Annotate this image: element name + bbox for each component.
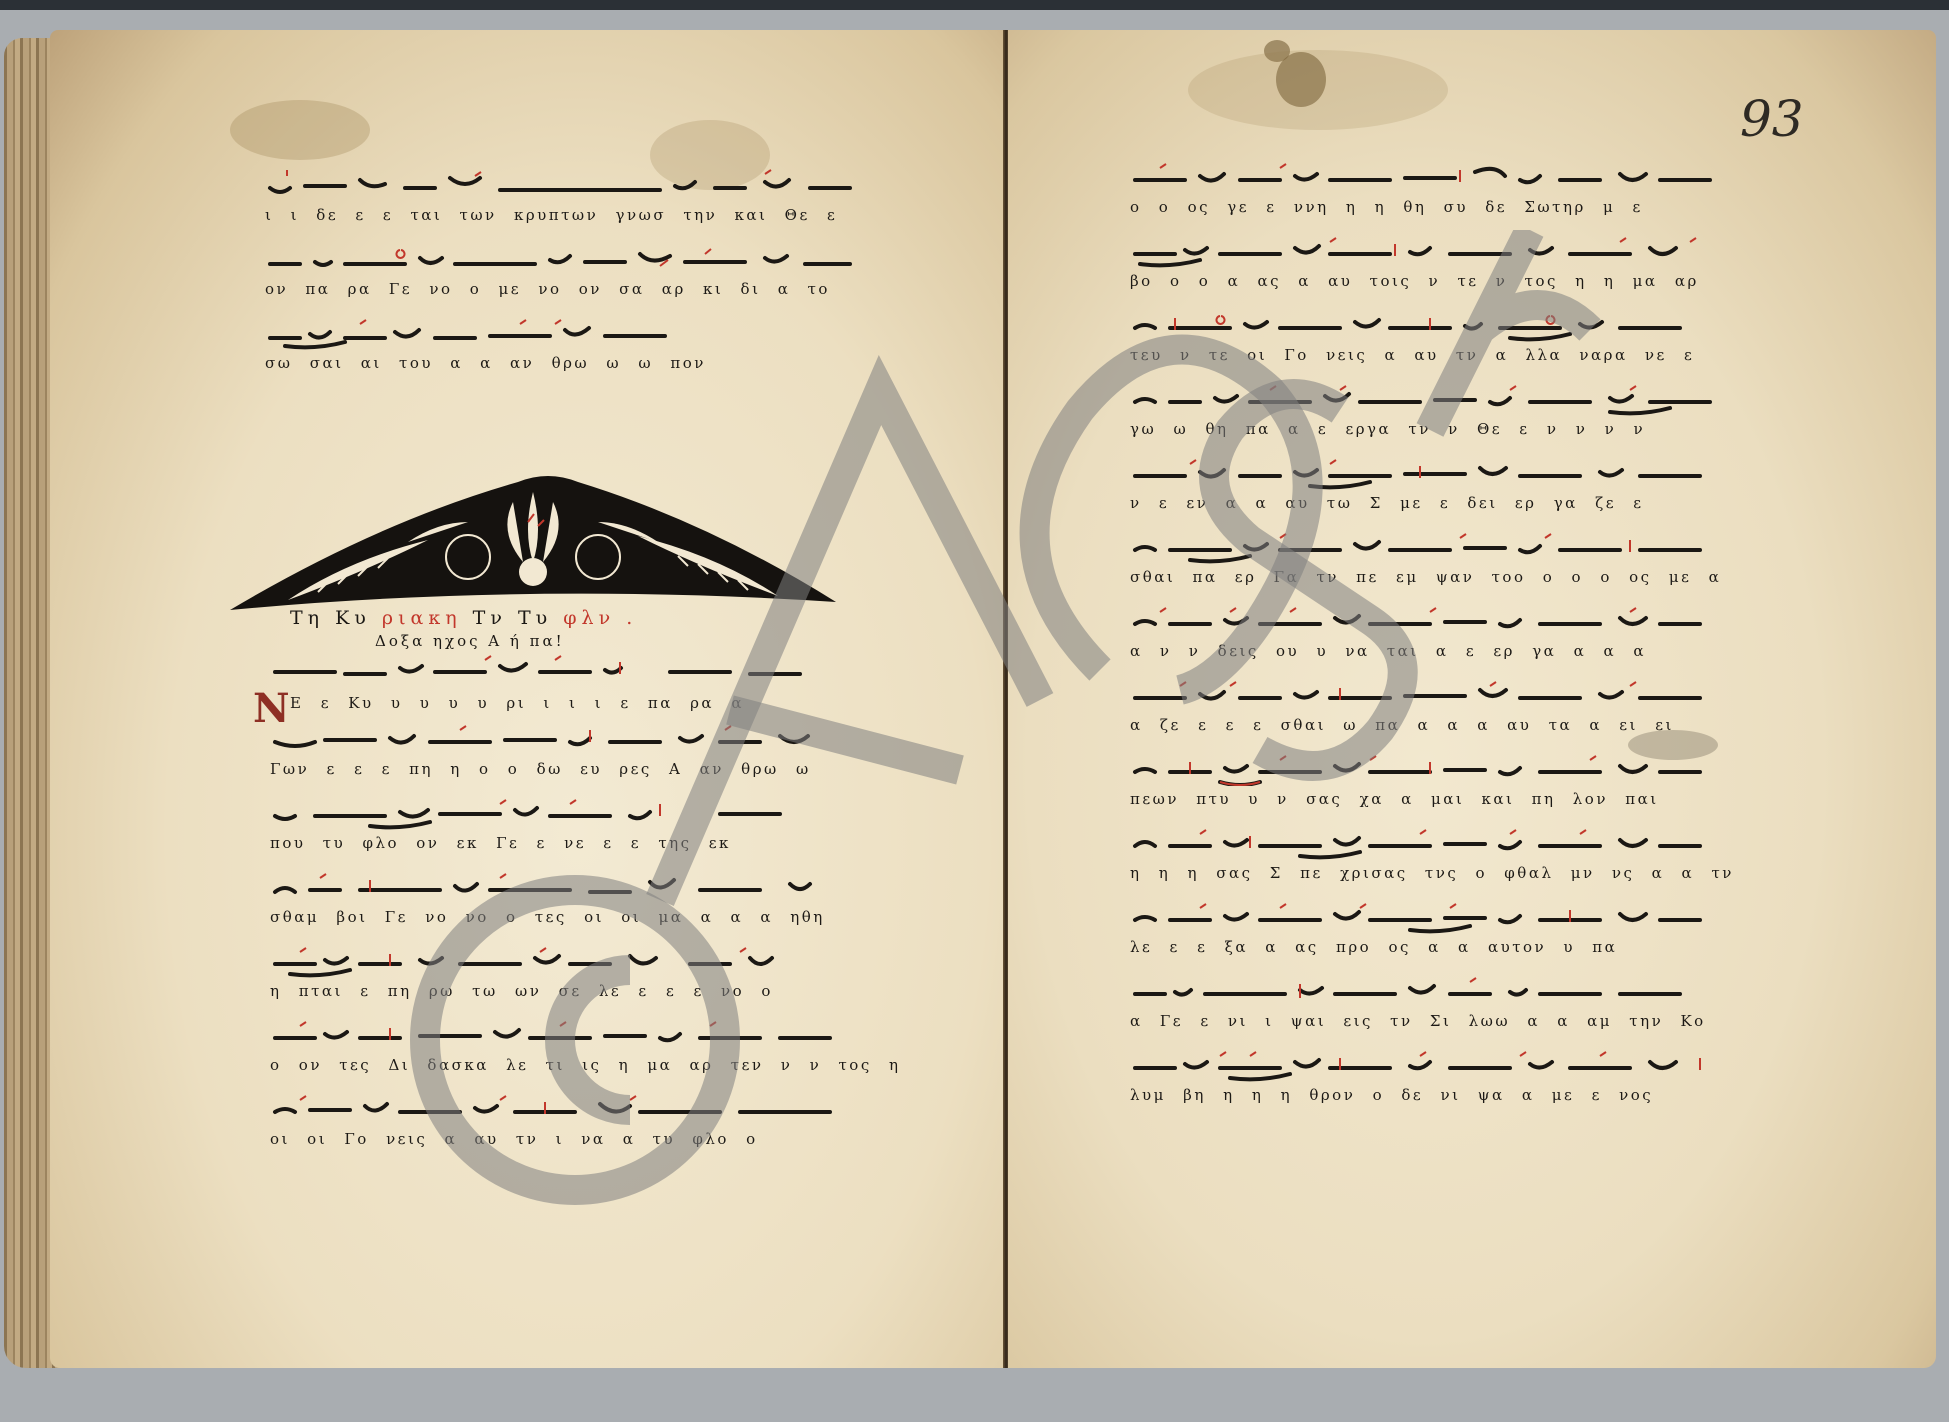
neume-line bbox=[270, 1092, 850, 1126]
neume-line bbox=[270, 652, 850, 686]
neume-line bbox=[1130, 160, 1720, 194]
neume-line bbox=[270, 870, 850, 904]
neume-line bbox=[1130, 382, 1720, 416]
title-dot: . bbox=[626, 607, 637, 629]
open-book: 93 ι ι δε ε ε ται των κρυπτων γνωσ την κ… bbox=[0, 0, 1949, 1422]
neume-line bbox=[1130, 604, 1720, 638]
left-body-music-block-2: Γων ε ε ε πη η ο ο δω ευ ρες Α αν θρω ω … bbox=[270, 722, 850, 1166]
water-stain bbox=[230, 100, 370, 160]
lyric-line: ον πα ρα Γε νο ο με νο ον σα αρ κι δι α … bbox=[265, 276, 865, 316]
title-word: Τν bbox=[473, 607, 507, 629]
neume-line bbox=[1130, 678, 1720, 712]
neume-line bbox=[270, 944, 850, 978]
lyric-line: σθαμ βοι Γε νο νο ο τες οι οι μα α α α η… bbox=[270, 904, 850, 944]
lyric-line: η πται ε πη ρω τω ων σε λε ε ε ε νο ο bbox=[270, 978, 850, 1018]
left-top-music-block: ι ι δε ε ε ται των κρυπτων γνωσ την και … bbox=[265, 168, 865, 390]
water-stain bbox=[1188, 50, 1448, 130]
neume-line bbox=[270, 722, 850, 756]
lyric-line: γω ω θη πα α ε εργα τν ν Θε ε ν ν ν ν bbox=[1130, 416, 1720, 456]
lyric-line: α ζε ε ε ε σθαι ω πα α α α αυ τα α ει ει bbox=[1130, 712, 1720, 752]
neume-line bbox=[1130, 752, 1720, 786]
lyric-line: ν ε εν α α αυ τω Σ με ε δει ερ γα ζε ε bbox=[1130, 490, 1720, 530]
page-number: 93 bbox=[1740, 90, 1804, 148]
neume-line bbox=[265, 242, 865, 276]
lyric-line: η η η σας Σ πε χρισας τνς ο φθαλ μν νς α… bbox=[1130, 860, 1720, 900]
neume-line bbox=[1130, 1048, 1720, 1082]
hymn-mode-subtitle: Δοξα ηχος Α ή πα! bbox=[375, 632, 565, 650]
neume-line bbox=[1130, 826, 1720, 860]
lyric-line: ο ο ος γε ε ννη η η θη συ δε Σωτηρ μ ε bbox=[1130, 194, 1720, 234]
hymn-title: Τη Κυ ριακη Τν Τυ φλν . bbox=[290, 607, 637, 629]
left-body-music-block bbox=[270, 652, 850, 686]
lyric-line: Γων ε ε ε πη η ο ο δω ευ ρες Α αν θρω ω bbox=[270, 756, 850, 796]
lyric-line: τευ ν τε οι Γο νεις α αυ τν α λλα ναρα ν… bbox=[1130, 342, 1720, 382]
neume-line bbox=[1130, 530, 1720, 564]
lyric-line: που τυ φλο ον εκ Γε ε νε ε ε της εκ bbox=[270, 830, 850, 870]
lyric-line: α Γε ε νι ι ψαι εις τν Σι λωω α α αμ την… bbox=[1130, 1008, 1720, 1048]
neume-line bbox=[1130, 900, 1720, 934]
lyric-line: λε ε ε ξα α ας προ ος α α αυτον υ πα bbox=[1130, 934, 1720, 974]
neume-line bbox=[1130, 308, 1720, 342]
neume-line bbox=[270, 796, 850, 830]
title-word: Τη bbox=[290, 607, 324, 629]
neume-line bbox=[1130, 234, 1720, 268]
title-word: Τυ bbox=[518, 607, 552, 629]
lyric-line: οι οι Γο νεις α αυ τν ι να α τυ φλο ο bbox=[270, 1126, 850, 1166]
lyric-line: πεων πτυ υ ν σας χα α μαι και πη λον παι bbox=[1130, 786, 1720, 826]
lyric-line: ι ι δε ε ε ται των κρυπτων γνωσ την και … bbox=[265, 202, 865, 242]
lyric-line: α ν ν δεις ου υ να ται α ε ερ γα α α α bbox=[1130, 638, 1720, 678]
neume-line bbox=[270, 1018, 850, 1052]
neume-line bbox=[265, 316, 865, 350]
neume-line bbox=[1130, 456, 1720, 490]
lyric-line: σω σαι αι του α α αν θρω ω ω πον bbox=[265, 350, 865, 390]
lyric-line: βο ο ο α ας α αυ τοις ν τε ν τος η η μα … bbox=[1130, 268, 1720, 308]
right-music-block: ο ο ος γε ε ννη η η θη συ δε Σωτηρ μ ε β… bbox=[1130, 160, 1720, 1122]
floral-headpiece-ornament bbox=[228, 462, 838, 612]
title-word: Κυ bbox=[335, 607, 371, 629]
lyric-line: λυμ βη η η η θρον ο δε νι ψα α με ε νος bbox=[1130, 1082, 1720, 1122]
lyric-line: σθαι πα ερ Γα τν πε εμ ψαν τοο ο ο ο ος … bbox=[1130, 564, 1720, 604]
title-word-rubric: ριακη bbox=[382, 607, 462, 629]
title-word-rubric: φλν bbox=[563, 607, 615, 629]
neume-line bbox=[265, 168, 865, 202]
neume-line bbox=[1130, 974, 1720, 1008]
lyric-line: ο ον τες Δι δασκα λε τι ις η μα αρ τεν ν… bbox=[270, 1052, 850, 1092]
